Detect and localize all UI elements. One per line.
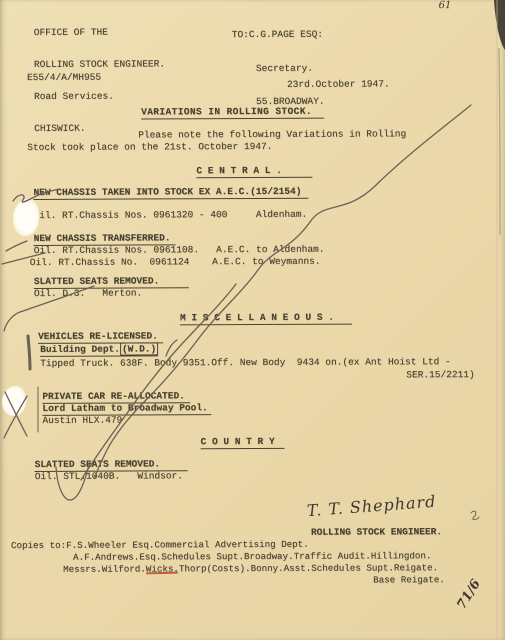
office-line: OFFICE OF THE [34,27,165,38]
document-title: VARIATIONS IN ROLLING STOCK. [141,106,324,120]
recipient-line: Secretary. [256,62,324,74]
entry-slatted-seats-country: Oil. STL.1040B. Windsor. [35,470,183,482]
document-date: 23rd.October 1947. [287,78,390,89]
section-heading-miscellaneous: M I S C E L L A N E O U S . [180,312,352,326]
typed-text-layer: OFFICE OF THE ROLLING STOCK ENGINEER. Ro… [0,0,505,640]
entry-chassis-transferred-2: Oil. RT.Chassis No. 0961124 A.E.C. to We… [30,256,321,268]
copies-line-2: A.F.Andrews.Esq.Schedules Supt.Broadway.… [73,550,431,563]
entry-slatted-seats-central: Oil. D.3. Merton. [34,287,142,298]
copies-line3-prefix: Messrs.Wilford. [63,563,146,574]
wd-boxed-label: (W.D.) [120,342,158,355]
copies-line-3: Messrs.Wilford.Wicks.Thorp(Costs).Bonny.… [63,562,438,575]
reference-number: E55/4/A/MH955 [27,72,101,83]
heading-new-chassis-stock: NEW CHASSIS TAKEN INTO STOCK EX A.E.C.(1… [33,186,308,200]
entry-tipped-truck-cont: SER.15/2211) [406,369,474,380]
handwritten-number-bottom-right: 71/6 [454,577,484,612]
copies-line3-suffix: .Thorp(Costs).Bonny.Asst.Schedules Supt.… [173,562,438,574]
office-line: Road Services. [34,91,165,102]
section-heading-central: C E N T R A L . [196,165,312,179]
office-line: ROLLING STOCK ENGINEER. [34,59,165,70]
building-dept-label: Building Dept. [40,344,120,355]
punch-hole-top [13,199,39,236]
intro-line-1: Please note the following Variations in … [138,128,406,140]
copies-line-1: Copies to:F.S.Wheeler Esq.Commercial Adv… [11,539,309,551]
signature-handwritten: T. T. Shephard [306,492,437,521]
section-heading-country: C O U N T R Y [201,436,285,449]
punch-hole-bottom [2,386,26,416]
entry-austin: Austin HLX.479 [42,415,122,426]
subheading-building-dept: Building Dept.(W.D.) [40,343,158,357]
copies-line-4: Base Reigate. [373,574,445,585]
document-page: OFFICE OF THE ROLLING STOCK ENGINEER. Ro… [0,0,505,640]
intro-line-2: Stock took place on the 21st. October 19… [27,141,272,153]
entry-tipped-truck: Tipped Truck. 638F. Body 9351.Off. New B… [40,356,451,369]
entry-chassis-transferred-1: Oil. RT.Chassis Nos. 0961108. A.E.C. to … [34,244,325,256]
handwritten-number-top-right: 61 [439,0,452,11]
entry-new-chassis-stock: Oil. RT.Chassis Nos. 0961320 - 400 Alden… [34,209,308,221]
signature-role: ROLLING STOCK ENGINEER. [311,526,442,538]
recipient-line: TO:C.G.PAGE ESQ: [232,29,324,41]
